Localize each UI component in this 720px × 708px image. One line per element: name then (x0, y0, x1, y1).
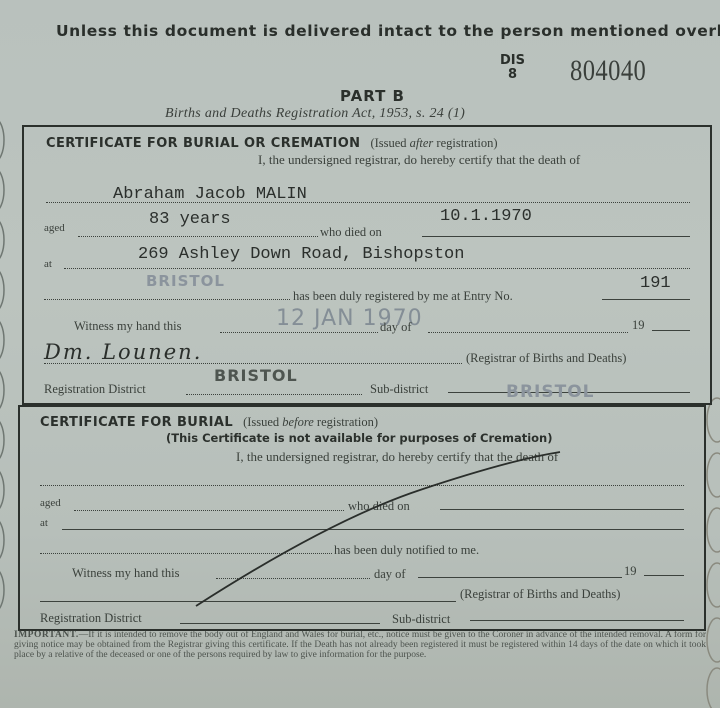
important-text: —If it is intended to remove the body ou… (14, 630, 706, 660)
cancellation-stroke (0, 0, 720, 708)
important-notice: IMPORTANT.—If it is intended to remove t… (14, 630, 706, 660)
important-label: IMPORTANT. (14, 630, 79, 640)
